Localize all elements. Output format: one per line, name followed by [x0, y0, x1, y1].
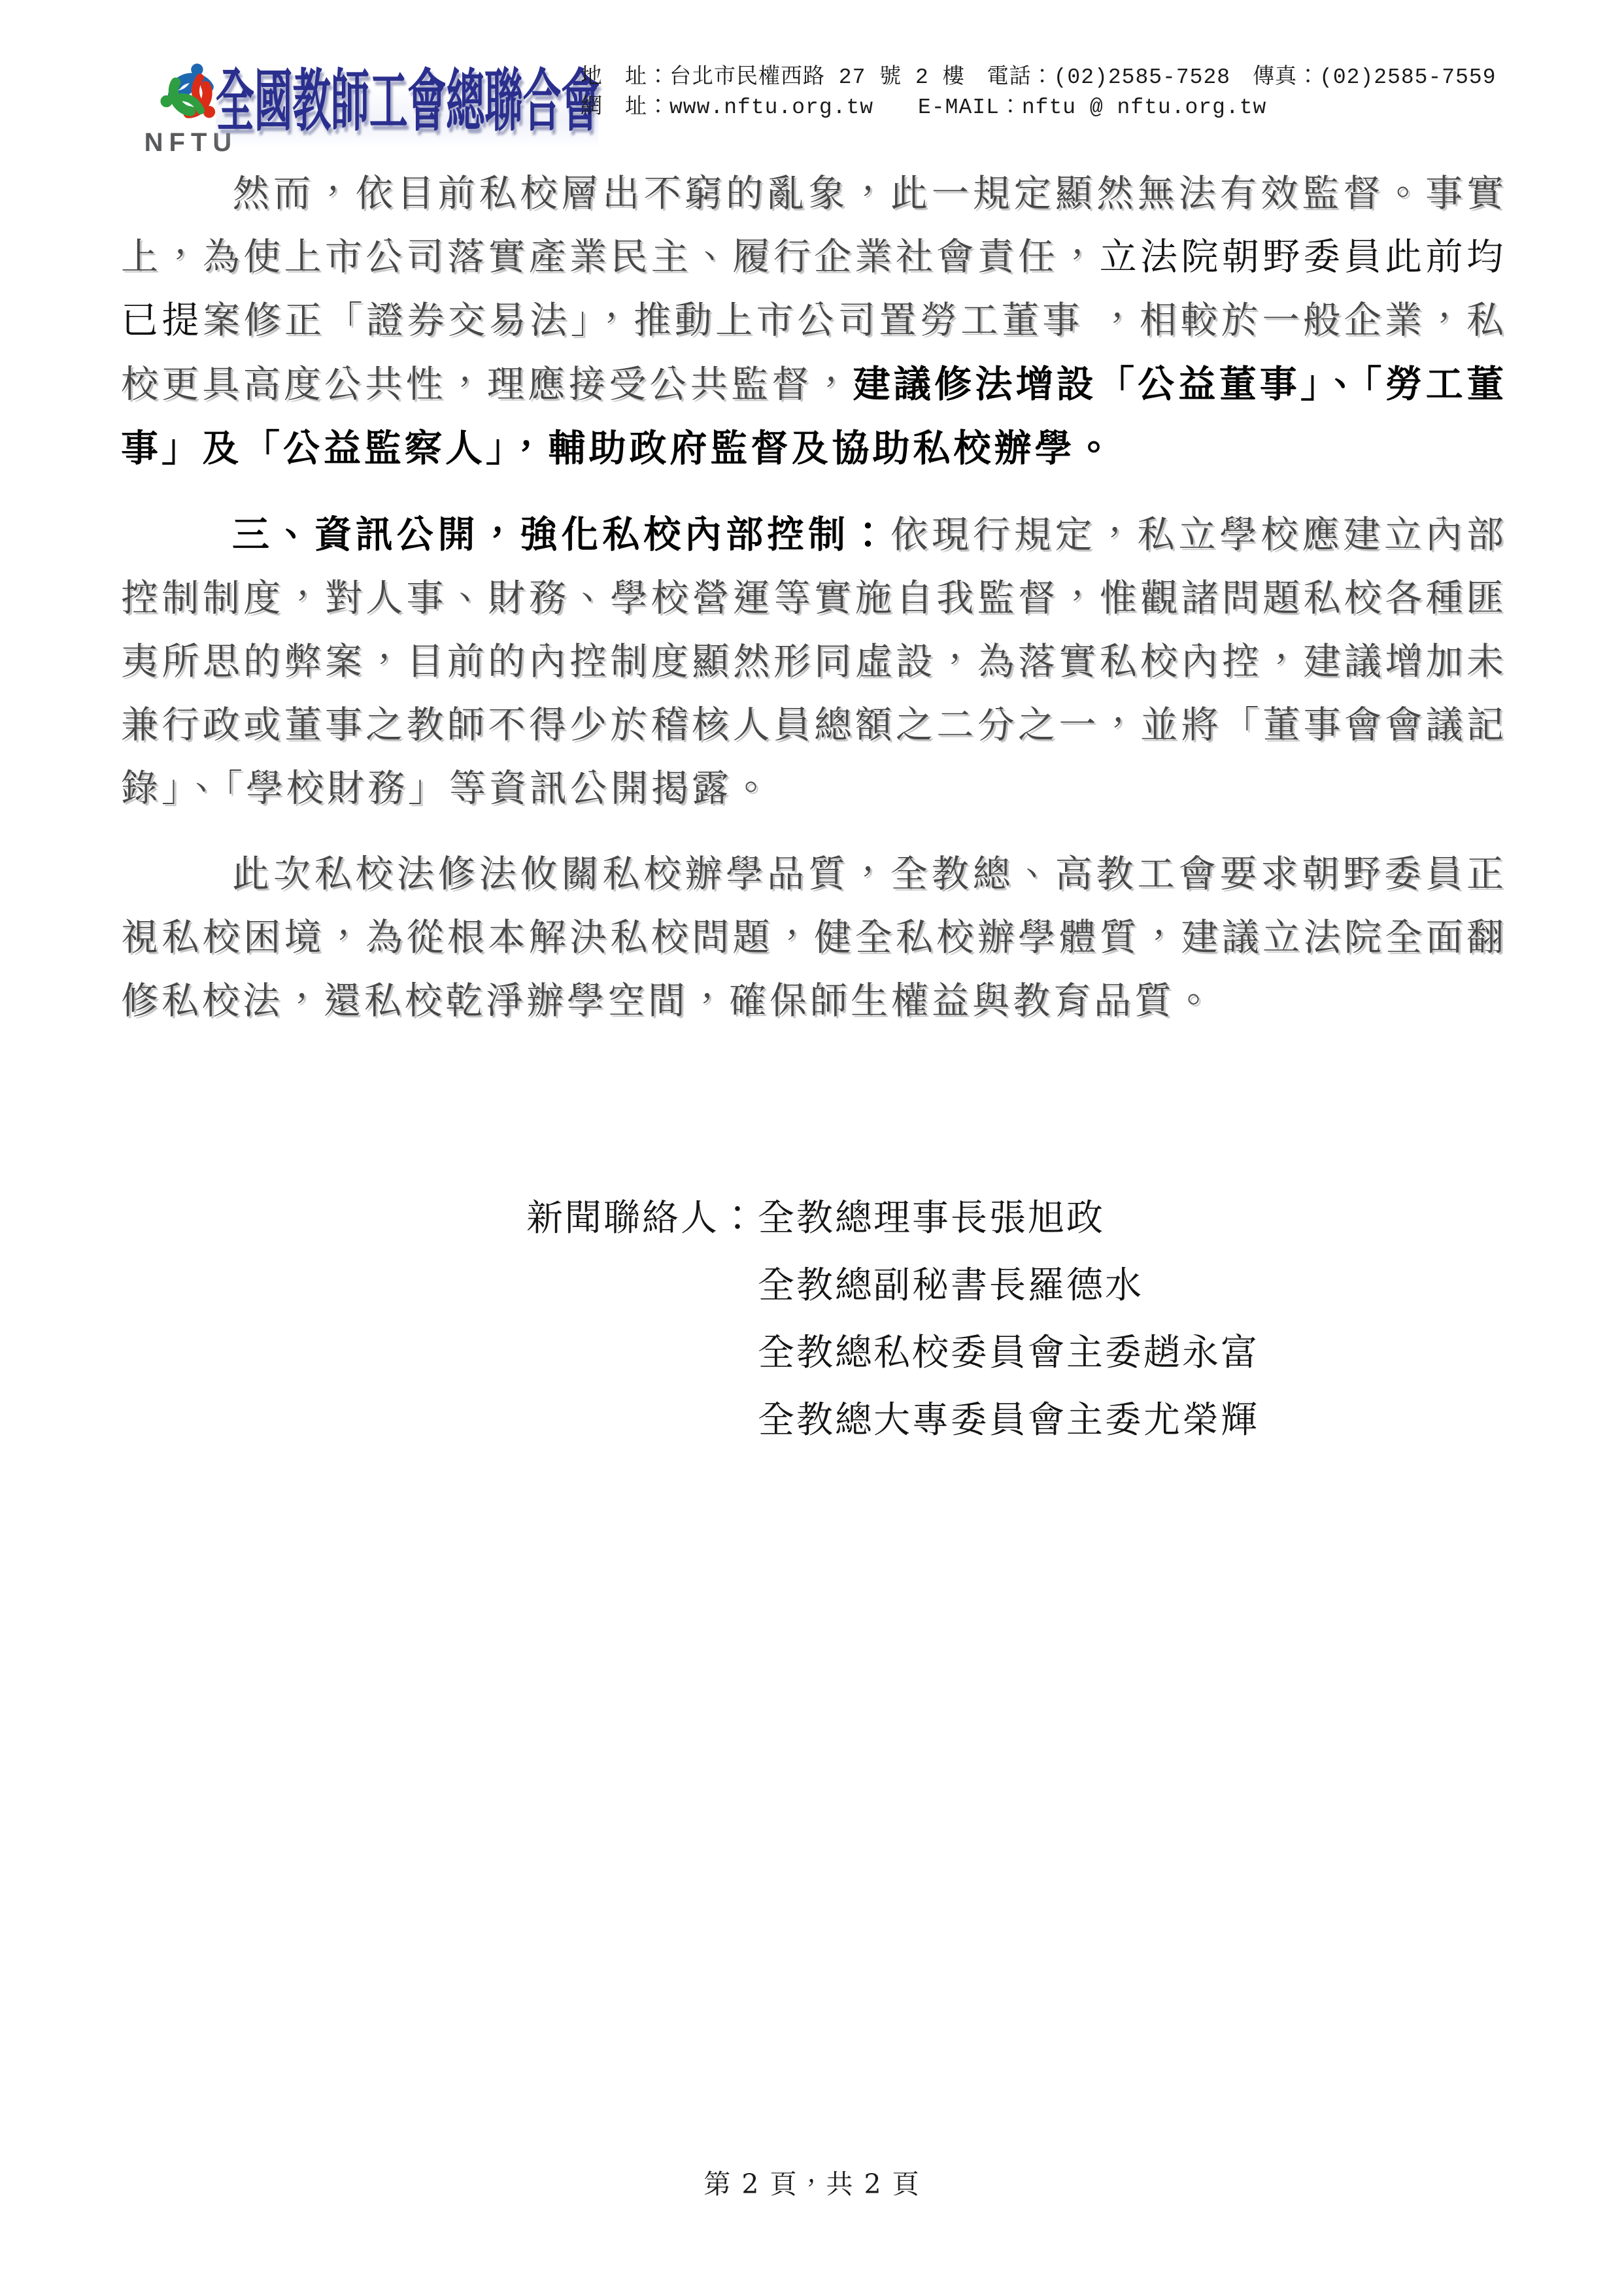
- website-email-line: 網 址：www.nftu.org.tw E-MAIL：nftu @ nftu.o…: [581, 93, 1497, 123]
- letterhead-contact-info: 地 址：台北市民權西路 27 號 2 樓 電話：(02)2585-7528 傳真…: [581, 63, 1497, 123]
- press-contacts: 新聞聯絡人：全教總理事長張旭政 全教總副秘書長羅德水 全教總私校委員會主委趙永富…: [526, 1185, 1507, 1454]
- page-indicator: 第 2 頁，共 2 頁: [703, 2168, 920, 2200]
- press-contact-label: 新聞聯絡人：: [526, 1197, 758, 1240]
- org-name-calligraphy-wrap: 全國教師工會總聯合會: [216, 60, 598, 148]
- paragraph-supervision: 然而，依目前私校層出不窮的亂象，此一規定顯然無法有效監督。事實上，為使上市公司落…: [121, 162, 1507, 481]
- contact-line: 新聞聯絡人：全教總理事長張旭政: [526, 1185, 1507, 1252]
- org-name-calligraphy: 全國教師工會總聯合會: [216, 60, 600, 142]
- text-run: 依現行規定，私立學校應建立內部控制制度，對人事、財務、學校營運等實施自我監督，惟…: [121, 513, 1507, 810]
- address-phone-line: 地 址：台北市民權西路 27 號 2 樓 電話：(02)2585-7528 傳真…: [581, 63, 1497, 93]
- contact-name: 全教總大專委員會主委尤榮輝: [758, 1399, 1259, 1442]
- document-page: NFTU 全國教師工會總聯合會 地 址：台北市民權西路 27 號 2 樓 電話：…: [0, 0, 1624, 2294]
- contact-name: 全教總理事長張旭政: [758, 1197, 1105, 1240]
- paragraph-conclusion: 此次私校法修法攸關私校辦學品質，全教總、高教工會要求朝野委員正視私校困境，為從根…: [121, 843, 1507, 1033]
- contact-line: 全教總副秘書長羅德水: [526, 1252, 1507, 1319]
- paragraph-internal-control: 三、資訊公開，強化私校內部控制：依現行規定，私立學校應建立內部控制制度，對人事、…: [121, 503, 1507, 820]
- letterhead: NFTU 全國教師工會總聯合會 地 址：台北市民權西路 27 號 2 樓 電話：…: [0, 0, 1624, 170]
- text-run: 此次私校法修法攸關私校辦學品質，全教總、高教工會要求朝野委員正視私校困境，為從根…: [121, 852, 1507, 1022]
- contact-line: 全教總大專委員會主委尤榮輝: [526, 1387, 1507, 1454]
- page-footer: 第 2 頁，共 2 頁: [0, 2163, 1624, 2201]
- contact-name: 全教總私校委員會主委趙永富: [758, 1332, 1259, 1374]
- contact-name: 全教總副秘書長羅德水: [758, 1264, 1143, 1307]
- section-heading-run: 三、資訊公開，強化私校內部控制：: [232, 513, 890, 556]
- document-body: 然而，依目前私校層出不窮的亂象，此一規定顯然無法有效監督。事實上，為使上市公司落…: [121, 162, 1507, 1454]
- contact-line: 全教總私校委員會主委趙永富: [526, 1319, 1507, 1387]
